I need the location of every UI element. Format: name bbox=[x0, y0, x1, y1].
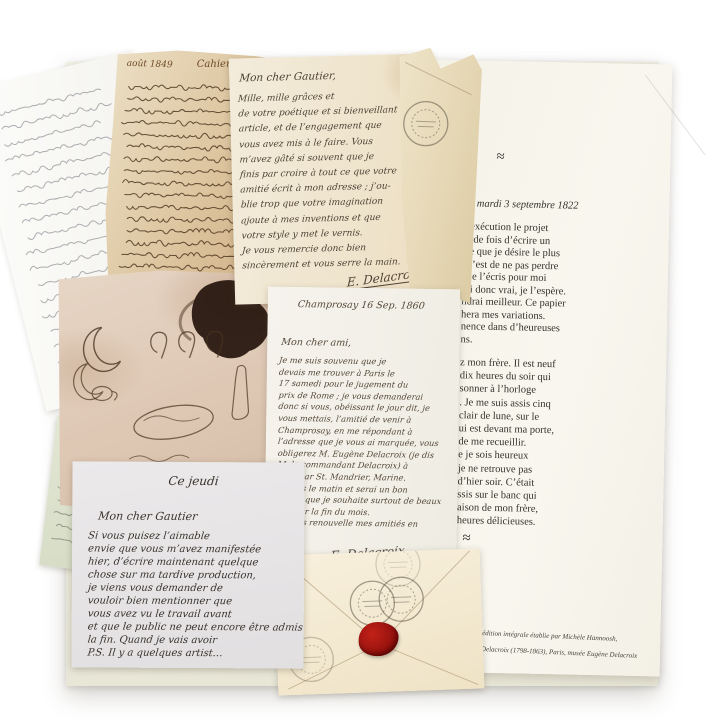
handwriting-line: P.S. Il y a quelques artist… bbox=[87, 646, 304, 660]
printed-paragraph-1: à exécution le projetnt de fois d’écrire… bbox=[460, 221, 567, 348]
printed-line: heures délicieuses. bbox=[457, 515, 553, 530]
page-fold-crease bbox=[645, 75, 706, 156]
letter-salutation: Mon cher Gautier bbox=[98, 510, 199, 524]
handwriting-line: vouloir bien mentionner que bbox=[87, 594, 304, 608]
handwriting-line: envie que vous m’avez manifestée bbox=[87, 542, 304, 556]
handwriting-line: vous avez vu le travail avant bbox=[87, 607, 304, 621]
envelope-with-wax-seal bbox=[274, 548, 485, 695]
handwriting-line: hier, d’écrire maintenant quelque bbox=[87, 555, 304, 569]
printed-date-line: r], mardi 3 septembre 1822 bbox=[463, 198, 578, 211]
letter-salutation: Mon cher Gautier, bbox=[239, 70, 337, 85]
postmark-icon bbox=[350, 580, 396, 626]
postmark-icon bbox=[403, 101, 449, 147]
crescent-doodle bbox=[73, 363, 103, 399]
handwriting-line: et que le public ne peut encore être adm… bbox=[87, 620, 304, 634]
letter-salutation: Mon cher ami, bbox=[281, 337, 352, 349]
manuscript-date: août 1849 bbox=[127, 59, 173, 71]
printed-paragraph-2: z mon frère. Il est neufdix heures du so… bbox=[457, 356, 556, 530]
oval-flourish bbox=[132, 400, 216, 444]
ornament-bottom: ≈ bbox=[462, 530, 470, 547]
letter-heading: Ce jeudi bbox=[168, 474, 220, 488]
handwriting-line: chose sur ma tardive production, bbox=[87, 568, 304, 582]
ornament-top: ≈ bbox=[496, 149, 504, 166]
boot-doodle bbox=[231, 365, 248, 419]
letters-collage-photo: août 1849 Cahier de Brouillon ≈ r], mard… bbox=[0, 0, 728, 728]
letter-ce-jeudi: Ce jeudi Mon cher Gautier Si vous puisez… bbox=[71, 461, 304, 668]
printed-line: ns. bbox=[460, 334, 565, 349]
handwriting-line: Si vous puisez l’aimable bbox=[87, 529, 304, 543]
edition-credits: nouvelle édition intégrale établie par M… bbox=[456, 624, 657, 665]
letter-date: Champrosay 16 Sep. 1860 bbox=[297, 299, 425, 312]
letter-body: Si vous puisez l’aimableenvie que vous m… bbox=[88, 529, 304, 660]
postmark-icon bbox=[378, 576, 424, 622]
crescent-doodle bbox=[83, 327, 120, 372]
letter-body: Mille, mille grâces etde votre poétique … bbox=[238, 88, 402, 275]
handwriting-line: je viens vous demander de bbox=[87, 581, 304, 595]
handwriting-line: la fin. Quand je vais avoir bbox=[87, 633, 304, 647]
printed-line: nence dans d’heureuses bbox=[461, 321, 566, 336]
